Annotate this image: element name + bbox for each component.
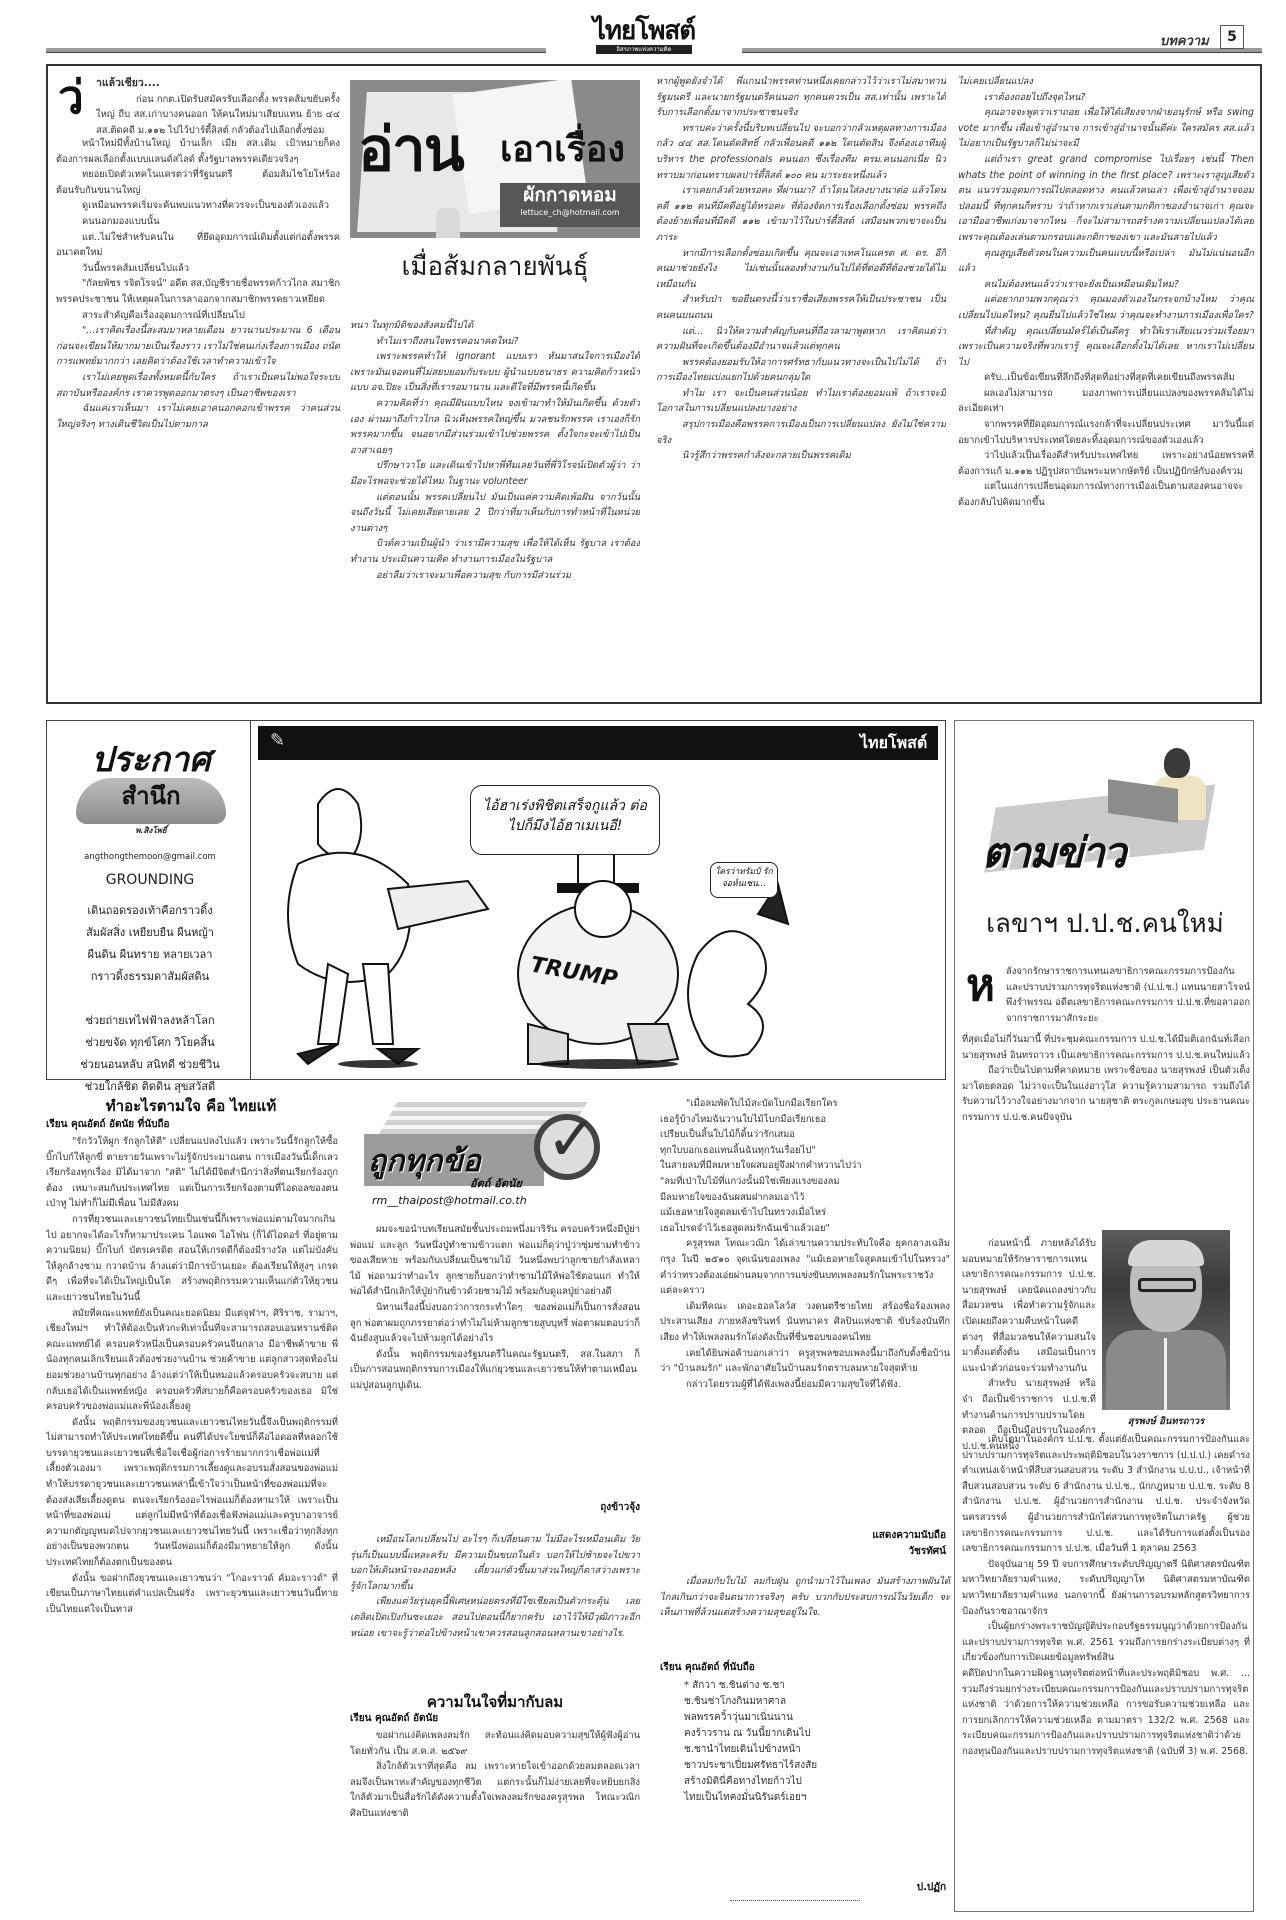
news-lead: ลังจากรักษาราชการแทนเลขาธิการคณะกรรมการป… xyxy=(1006,964,1250,1026)
paragraph: สรุปการเมืองคือพรรคการเมืองเป็นการเปลี่ย… xyxy=(656,417,946,448)
paragraph: หนา ในทุกมิติของสังคมนี้ไปได้ xyxy=(350,318,640,334)
paragraph: เคยได้ยินพ่อค้าบอกเล่าว่า ครูสุรพลชอบเพล… xyxy=(660,1346,950,1377)
author-name: ผักกาดหอม xyxy=(500,183,640,207)
paragraph: พรรคต้องยอมรับให้อาการศรัทธากับแนวทางจะเ… xyxy=(656,355,946,386)
poem-line: * สักวา ช.ชินต่าง ช.ชา xyxy=(684,1678,924,1694)
column-2-body: หนา ในทุกมิติของสังคมนี้ไปได้ ทำไมเราถึง… xyxy=(350,318,640,698)
paragraph: ก่อนหน้านี้ ภายหลังได้รับมอบหมายให้รักษา… xyxy=(962,1236,1096,1376)
poem-line: กราวดิ้งธรรมดาสัมผัสดิน xyxy=(50,966,250,988)
lead-paragraph: ลังจากรักษาราชการแทนเลขาธิการคณะกรรมการป… xyxy=(1006,964,1250,1026)
column-1-body: หน้าใหม่มีทั้งบ้านใหญ่ บ้านเล็ก เมีย สส.… xyxy=(56,136,340,696)
paragraph: แต่ในแง่การเปลี่ยนอุดมการณ์ทางการเมืองเป… xyxy=(958,479,1254,510)
paragraph: คุณสูญเสียตัวตนในความเป็นคนแบบนี้หรือเปล… xyxy=(958,246,1254,277)
byline-box: ผักกาดหอม lettuce_ch@hotmail.com xyxy=(500,183,640,227)
paragraph: คนนอกมองแบบนั้น xyxy=(56,214,340,230)
paragraph: คุณอาจจะพูดว่าเราถอย เพื่อให้ได้เสียงจาก… xyxy=(958,105,1254,152)
reader-illustration xyxy=(1150,748,1210,828)
poem-line: สัมผัสสิ่ง เหยียบยืน ผืนหญ้า xyxy=(50,922,250,944)
logo-signature: พ.สิงโพธิ์ xyxy=(56,824,246,837)
letter-salutation: เรียน คุณอัตถ์ อัตนัย xyxy=(350,1711,438,1726)
paragraph: เติบโตมาในองค์กร ป.ป.ช. ตั้งแต่ยังเป็นคณ… xyxy=(962,1432,1250,1557)
paragraph: แต่ถ้าเรา great grand compromise ไปเรื่อ… xyxy=(958,152,1254,246)
paragraph: คดีปิดปากในความผิดฐานทุจริตต่อหน้าที่และ… xyxy=(962,1666,1250,1760)
letter-continued: "เมื่อลมพัดใบไม้สะบัดโบกมือเรียกใคร เธอร… xyxy=(660,1096,950,1526)
lyric-line: มีลมหายใจของฉันผสมฝากลมเอาไว้ xyxy=(660,1190,950,1206)
paragraph: เพียงแต่วัยรุ่นยุคนี้พิเศษหน่อยตรงที่มีโ… xyxy=(350,1594,640,1641)
paragraph: เหมือนโลกเปลี่ยนไป อะไรๆ ก็เปลี่ยนตาม ไม… xyxy=(350,1532,640,1594)
paragraph: ครูสุรพล โทณะวณิก ได้เล่าขานความประทับใจ… xyxy=(660,1236,950,1298)
logo-author: อัตถ์ อัตนัย xyxy=(470,1174,522,1192)
banner-title-big: อ่าน xyxy=(358,120,463,180)
author-email: lettuce_ch@hotmail.com xyxy=(500,207,640,219)
checkmark-icon: ✓ xyxy=(546,1104,598,1174)
poem-line: ช่วยขจัด ทุกข์โศก วิโยคสิ้น xyxy=(50,1032,250,1054)
logo-title: ตามข่าว xyxy=(982,820,1124,886)
newspaper-logo: ไทยโพสต์ อิสรภาพแห่งความคิด xyxy=(546,18,742,56)
paragraph: เราต้องถอยไปถึงจุดไหน? xyxy=(958,90,1254,106)
section-divider xyxy=(730,1900,860,1901)
paragraph: ว่าไปแล้วเป็นเรื่องดีสำหรับประเทศไทย เพร… xyxy=(958,448,1254,479)
letter-poem: * สักวา ช.ชินต่าง ช.ชา ช.ชินช่าโกงกินมหา… xyxy=(684,1678,924,1806)
poem-spacer xyxy=(50,988,250,1010)
column-4-body: ไม่เคยเปลี่ยนแปลง เราต้องถอยไปถึงจุดไหน?… xyxy=(958,74,1254,698)
paragraph: การที่ยุวชนและเยาวชนไทยเป็นเช่นนี้ก็เพรา… xyxy=(46,1212,338,1306)
paragraph: บิวด์ความเป็นผู้นำ ว่าเรามีความสุข เพื่อ… xyxy=(350,536,640,567)
lyric-line: ในสายลมที่มีลมหายใจผสมอยู่จึงฝากคำหวานไป… xyxy=(660,1158,950,1174)
lyric-line: แม้เธอหายใจสูดลมเข้าไปในทรวงเมื่อไหร่ xyxy=(660,1205,950,1221)
logo-tagline: อิสรภาพแห่งความคิด xyxy=(596,45,692,54)
paragraph: หากมีการเลือกตั้งซ่อมเกิดขึ้น คุณจะเอาเท… xyxy=(656,246,946,293)
paragraph: เพราะพรรคทำให้ ignorant แบบเรา หันมาสนใจ… xyxy=(350,349,640,396)
poem-line: เดินถอดรองเท้าคือกราวดิ้ง xyxy=(50,900,250,922)
paragraph: หากผู้พูดยังจำได้ พี่แกนนำพรรคท่านหนึ่งเ… xyxy=(656,74,946,121)
letter-signature: แสดงความนับถือ วัชรทัศน์ xyxy=(660,1528,946,1560)
column-lead: าแล้วเชียว.... ก่อน กกต.เปิดรับสมัครรับเ… xyxy=(96,76,340,138)
paragraph: แต่... นิวให้ความสำคัญกับคนที่ถือวลามาพู… xyxy=(656,324,946,355)
paragraph: ขอฝากแง่คิดเพลงลมรัก สะท้อนแง่คิดมอบความ… xyxy=(350,1728,640,1759)
photo-glasses xyxy=(1138,1278,1196,1292)
lyric-line: เธอโปรดจำไว้เธอสูดลมรักฉันเข้าแล้วเอย" xyxy=(660,1221,950,1237)
reader-head xyxy=(1164,748,1190,778)
poem-line: ช่วยนอนหลับ สนิทดี ช่วยชีวิน xyxy=(50,1054,250,1076)
editor-reply: เหมือนโลกเปลี่ยนไป อะไรๆ ก็เปลี่ยนตาม ไม… xyxy=(350,1532,640,1641)
paragraph: วันนี้พรรคส้มเปลี่ยนไปแล้ว xyxy=(56,261,340,277)
paragraph: สาระสำคัญคือเรื่องอุดมการณ์ที่เปลี่ยนไป xyxy=(56,308,340,324)
paragraph: ไม่เคยเปลี่ยนแปลง xyxy=(958,74,1254,90)
paragraph: อย่าลืมว่าเราจะมาเพื่อความสุข กับการมีส่… xyxy=(350,568,640,584)
poem-line: ช.ชินช่าโกงกินมหาศาล xyxy=(684,1694,924,1710)
drop-cap: ห xyxy=(966,964,995,1008)
paragraph: เป็นผู้ยกร่างพระราชบัญญัติประกอบรัฐธรรมน… xyxy=(962,1619,1250,1666)
editor-reply: เมื่อลมกับใบไม้ ลมกับฝุ่น ถูกนำมาไว้ในเพ… xyxy=(660,1574,950,1621)
paragraph: ครับ..เป็นข้อเขียนที่ลึกถึงที่สุดที่อย่า… xyxy=(958,370,1254,386)
paragraph: นิทานเรื่องนี้บ่งบอกว่าการกระทำใดๆ ของพ่… xyxy=(350,1300,640,1347)
photo-caption: สุรพงษ์ อินทรถาวร xyxy=(1096,1414,1236,1429)
paragraph: "รักวัวให้ผูก รักลูกให้ตี" เปลี่ยนแปลงไป… xyxy=(46,1134,338,1212)
lyric-line: เปรียบเป็นลิ้นใบไม้ก็ดิ้นว่ารักเสมอ xyxy=(660,1127,950,1143)
paragraph: ถือว่าเป็นไปตามที่คาดหมาย เพราะชื่อของ น… xyxy=(962,1063,1250,1125)
letter-signature: ถุงข้าวจุ้ง xyxy=(520,1500,640,1515)
article-headline: เมื่อส้มกลายพันธุ์ xyxy=(350,250,640,284)
letter-body: "รักวัวให้ผูก รักลูกให้ตี" เปลี่ยนแปลงไป… xyxy=(46,1134,338,1914)
portrait-photo xyxy=(1102,1230,1230,1410)
logo-text: ไทยโพสต์ xyxy=(546,18,742,44)
paragraph: แต่อยากถามพวกคุณว่า คุณมองตัวเองในกระจกบ… xyxy=(958,292,1254,323)
paragraph: ที่สุดเมื่อไม่กี่วันมานี้ ที่ประชุมคณะกร… xyxy=(962,1032,1250,1063)
hand-graphic xyxy=(436,208,460,238)
banner-title-small: เอาเรื่อง xyxy=(500,130,625,170)
paragraph: ดังนั้น ขอฝากถึงยุวชนและเยาวชนว่า "โกอะร… xyxy=(46,1571,338,1618)
paragraph: สมัยที่คณะแพทย์ยังเป็นคณะยอดนิยม มีแต่จุ… xyxy=(46,1306,338,1415)
paragraph: ดูเหมือนพรรคเริ่มจะค้นพบแนวทางที่ควรจะเป… xyxy=(56,198,340,214)
logo-scroll-text: สำนึก xyxy=(56,776,246,815)
cartoon-header-bar xyxy=(258,726,938,760)
paragraph: หน้าใหม่มีทั้งบ้านใหญ่ บ้านเล็ก เมีย สส.… xyxy=(56,136,340,167)
paragraph: แต่ตอนนั้น พรรคเปลี่ยนไป มันเป็นแค่ความค… xyxy=(350,490,640,537)
paragraph: ทำไม เรา จะเป็นคนส่วนน้อย ทำไมเราต้องยอม… xyxy=(656,386,946,417)
signature-closing: แสดงความนับถือ xyxy=(660,1528,946,1544)
cartoon-brand: ไทยโพสต์ xyxy=(860,730,927,756)
column-3-body: หากผู้พูดยังจำได้ พี่แกนนำพรรคท่านหนึ่งเ… xyxy=(656,74,946,698)
paragraph: ทำไมเราถึงสนใจพรรคอนาคตใหม่? xyxy=(350,334,640,350)
paragraph: ฉันแค่เราเห็นมา เราไม่เคยเอาคนอกคอกเข้าพ… xyxy=(56,401,340,432)
letter-body: ขอฝากแง่คิดเพลงลมรัก สะท้อนแง่คิดมอบความ… xyxy=(350,1728,640,1913)
paragraph: ผมจะขอนำบทเรียนสมัยชั้นประถมหนึ่งมาริรัน… xyxy=(350,1222,640,1300)
microphone-icon xyxy=(1164,1338,1167,1410)
letter-headline: ทำอะไรตามใจ คือ ไทยแท้ xyxy=(46,1094,336,1118)
letter-salutation: เรียน คุณอัตถ์ ที่นับถือ xyxy=(660,1660,755,1675)
paragraph: ปรึกษาวาโย และเดินเข้าไปหาพี่ทีมเลยวันที… xyxy=(350,458,640,489)
paragraph: ที่สำคัญ คุณเปลี่ยนมัคร์ได้เป็นดีครู ทำใ… xyxy=(958,324,1254,371)
letter-body: ผมจะขอนำบทเรียนสมัยชั้นประถมหนึ่งมาริรัน… xyxy=(350,1222,640,1512)
lyric-line: "เมื่อลมพัดใบไม้สะบัดโบกมือเรียกใคร xyxy=(660,1096,950,1112)
poem-line: พลพรรควิ้าวุ่นมาเนิ่นนาน xyxy=(684,1710,924,1726)
paragraph: เดิมทีคณะ เดอะฮอลโลว์ส วงดนตรีชายไทย สร้… xyxy=(660,1299,950,1346)
news-column-logo: ตามข่าว xyxy=(960,728,1250,898)
poem-line: ผืนดิน ผืนทราย หลายเวลา xyxy=(50,944,250,966)
paragraph: สิ่งใกล้ตัวเราที่สุดคือ ลม เพราะหายใจเข้… xyxy=(350,1759,640,1821)
letter-signature: ป.ปฏัก xyxy=(830,1880,946,1895)
photo-hair xyxy=(1128,1240,1204,1266)
letter-salutation: เรียน คุณอัตถ์ อัตนัย ที่นับถือ xyxy=(46,1117,169,1132)
speech-bubble-main: ไอ้ฮาเร่งพิชิตเสร็จกูแล้ว ต่อไปก็มึงไอ้ฮ… xyxy=(470,785,660,855)
paragraph: เราไม่เคยพูดเรื่องทั้งหมดนี้กับใคร ถ้าเร… xyxy=(56,370,340,401)
paragraph: ปัจจุบันอายุ 59 ปี จบการศึกษาระดับปริญญา… xyxy=(962,1557,1250,1619)
cartoon-mascot-icon: ✎ xyxy=(270,730,310,756)
lyric-line: ทุกใบบอกเธอแทนลิ้นฉันทุกวันเรื่อยไป" xyxy=(660,1143,950,1159)
column-banner-read: อ่าน เอาเรื่อง ผักกาดหอม lettuce_ch@hotm… xyxy=(350,80,640,238)
lead-paragraph: ก่อน กกต.เปิดรับสมัครรับเลือกตั้ง พรรคส้… xyxy=(96,92,340,139)
poem-column-logo: ประกาศ สำนึก พ.สิงโพธิ์ xyxy=(56,732,246,850)
paragraph: ความคิดที่ว่า คุณมีฝันแบบไหน จงเข้ามาทำใ… xyxy=(350,396,640,458)
paragraph: ทราบค่ะว่าครั้งนี้บริบทเปลี่ยนไป จะบอกว่… xyxy=(656,121,946,183)
paragraph: นิวรู้สึกว่าพรรคกำลังจะกลายเป็นพรรคเดิม xyxy=(656,448,946,464)
paragraph: ดังนั้น พฤติกรรมของยุวชนและเยาวชนไทยวันน… xyxy=(46,1415,338,1571)
poem-line: คงร้าวราน ณ วันนี้ยากเดินไป xyxy=(684,1726,924,1742)
news-body: ที่สุดเมื่อไม่กี่วันมานี้ ที่ประชุมคณะกร… xyxy=(962,1032,1250,1232)
paragraph: สำหรับป่า ขอยืนตรงนี้ว่าเราชื่อเสียงพรรค… xyxy=(656,292,946,323)
column-email: rm__thaipost@hotmail.co.th xyxy=(372,1194,527,1207)
page-number: 5 xyxy=(1220,25,1244,49)
poem-line: ไทยเป็นไทคงมั่นนิรันดร์เอยฯ xyxy=(684,1790,924,1806)
paragraph: เมื่อลมกับใบไม้ ลมกับฝุ่น ถูกนำมาไว้ในเพ… xyxy=(660,1574,950,1621)
lyric-line: "ลมที่เป่าใบไม้ที่แกว่งนั้นมิใช่เพียงแรง… xyxy=(660,1174,950,1190)
drop-cap: ว่ xyxy=(58,74,84,120)
paragraph: ทยอยเปิดตัวเทคโนแครตว่าที่รัฐมนตรี ต้อมส… xyxy=(56,167,340,198)
column-kicker: าแล้วเชียว.... xyxy=(96,76,340,92)
lyric-line: เธอรู้บ้างไหมฉันวานใบไม้โบกมือเรียกเธอ xyxy=(660,1112,950,1128)
poem-line: ช.ชานำไทยเดินไปข้างหน้า xyxy=(684,1742,924,1758)
paragraph: เราเคยกลัวด้วยหรอคะ ที่ผ่านมา? ถ้าโดนใส่… xyxy=(656,183,946,245)
paragraph: จากพรรคที่ยึดอุดมการณ์แรงกล้าที่จะเปลี่ย… xyxy=(958,417,1254,448)
paragraph: "กัลยพัชร รจิตโรจน์" อดีต สส.บัญชีรายชื่… xyxy=(56,276,340,307)
mailbag-column-logo: ✓ ถูกทุกข้อ อัตถ์ อัตนัย rm__thaipost@ho… xyxy=(350,1094,650,1212)
poem-line: ช่วยถ่ายเทไฟฟ้าลงหล้าโลก xyxy=(50,1010,250,1032)
poem-line: ชาวประชาเปี่ยมศรัทธาไร้สงสัย xyxy=(684,1758,924,1774)
paragraph: ผลเองไม่สามารถ มองภาพการเปลี่ยนแปลงของพร… xyxy=(958,386,1254,417)
speech-bubble-small: ใครว่าทรัมป์ รักจอห์นเชน... xyxy=(710,862,778,898)
poem-lines: เดินถอดรองเท้าคือกราวดิ้ง สัมผัสสิ่ง เหย… xyxy=(50,900,250,1098)
paragraph: ดังนั้น พฤติกรรมของรัฐมนตรีในคณะรัฐมนตรี… xyxy=(350,1347,640,1394)
poem-title: GROUNDING xyxy=(50,872,250,888)
signature-name: วัชรทัศน์ xyxy=(660,1544,946,1560)
news-body-continued: เติบโตมาในองค์กร ป.ป.ช. ตั้งแต่ยังเป็นคณ… xyxy=(962,1432,1250,1906)
paragraph: "...เราคิดเรื่องนี้สะสมมาหลายเดือน ยาวนา… xyxy=(56,323,340,370)
paragraph: กล่าวโดยรวมผู้ที่ได้ฟังเพลงนี้ย่อมมีความ… xyxy=(660,1377,950,1393)
poem-line: สร้างมิตินี่คือทางไทยก้าวไป xyxy=(684,1774,924,1790)
section-label: บทความ xyxy=(1160,30,1209,51)
song-lyrics: "เมื่อลมพัดใบไม้สะบัดโบกมือเรียกใคร เธอร… xyxy=(660,1096,950,1236)
paragraph: แต่..ไม่ใช่สำหรับคนใน ที่ยึดอุดมการณ์เดิ… xyxy=(56,230,340,261)
poem-email: angthongthemoon@gmail.com xyxy=(50,852,250,862)
paragraph: คนไม่ต้องทนแล้วว่าเราจะยังเป็นเหมือนเดิม… xyxy=(958,277,1254,293)
logo-title: ถูกทุกข้อ xyxy=(368,1138,481,1185)
news-headline: เลขาฯ ป.ป.ช.คนใหม่ xyxy=(960,906,1250,942)
